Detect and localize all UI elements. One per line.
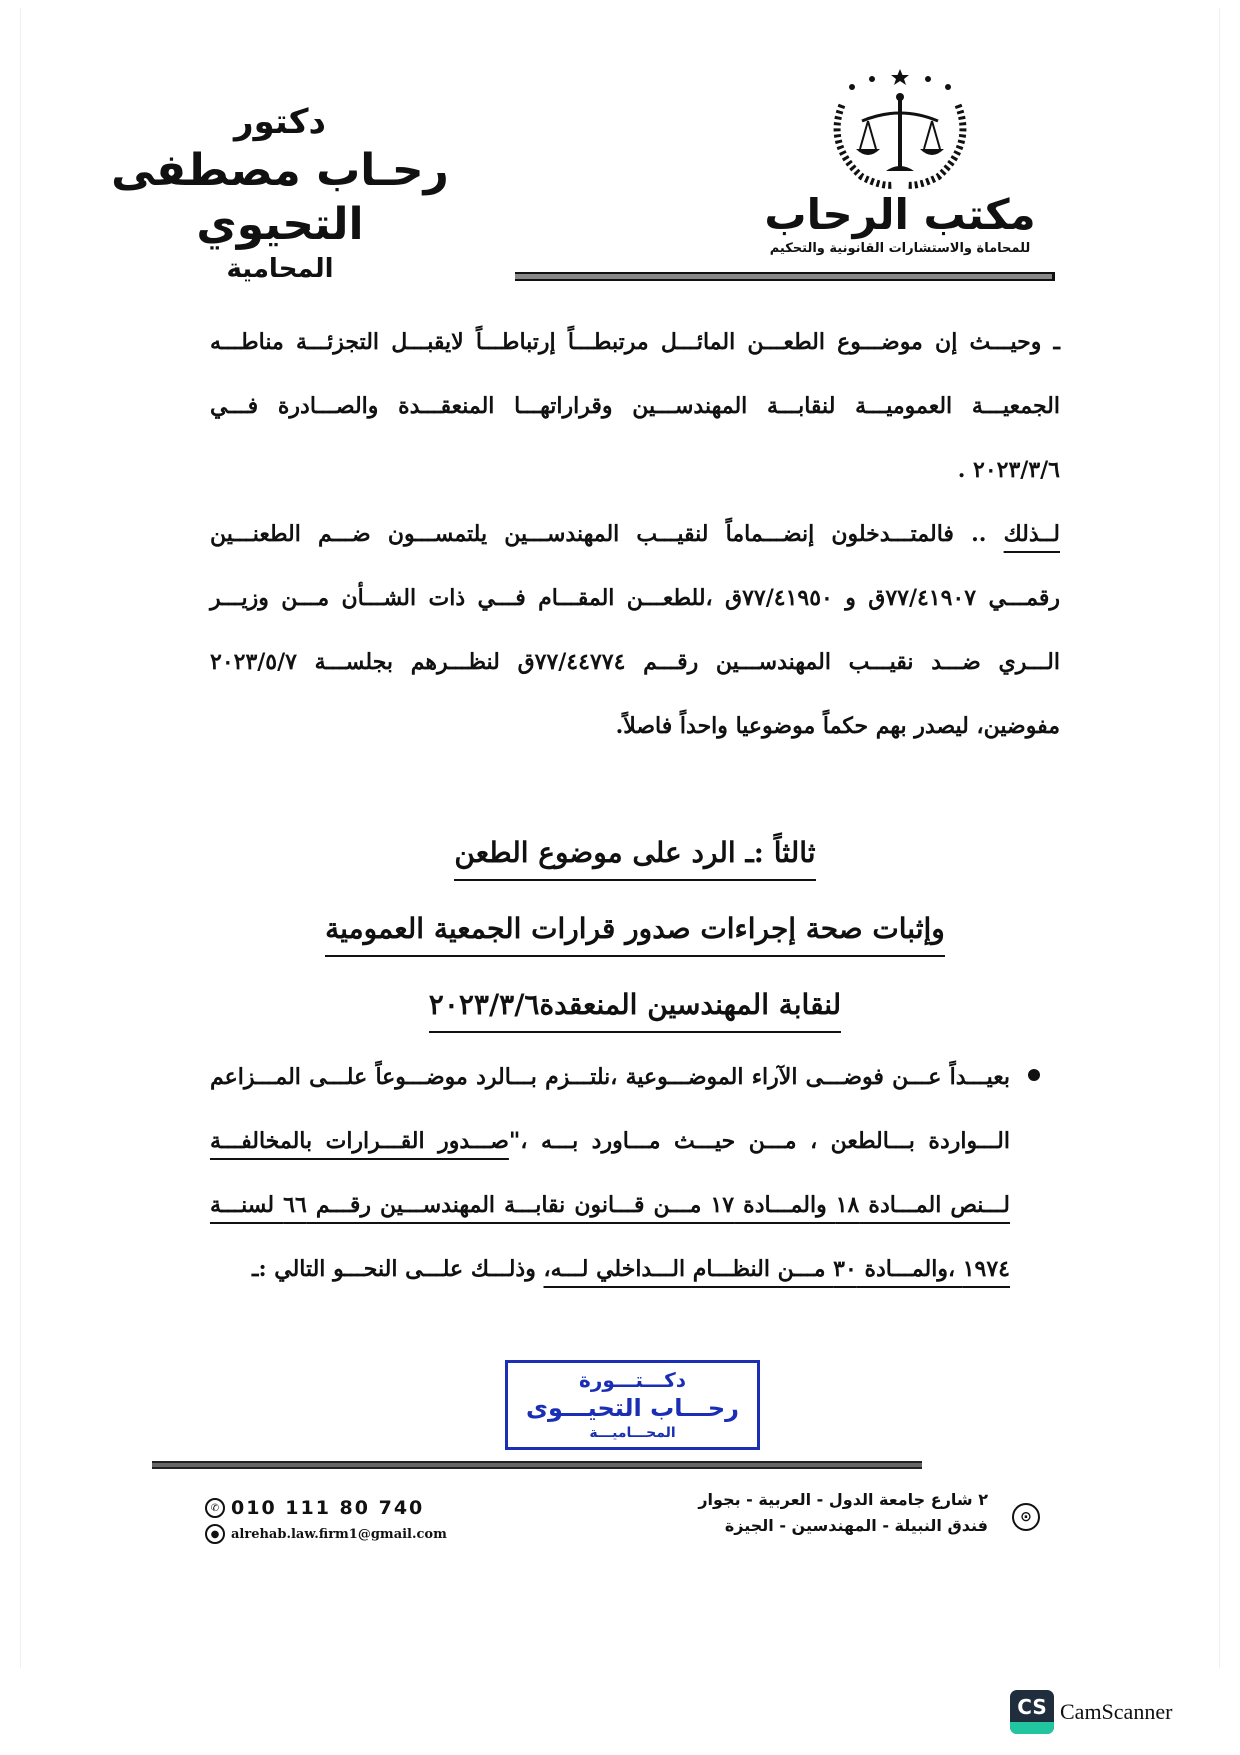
paragraph-2-lead: لــذلك (1004, 521, 1060, 547)
paragraph-2-text: .. فالمتـــدخلون إنضـــماماً لنقيـــب ال… (210, 521, 1060, 739)
bullet-text-3: وذلـــك علـــى النحـــو التالي :ـ (252, 1256, 544, 1282)
email-address: alrehab.law.firm1@gmail.com (231, 1527, 447, 1542)
paragraph-1: ـ وحيـــث إن موضـــوع الطعـــن المائـــل… (210, 310, 1060, 502)
camscanner-label: CamScanner (1060, 1699, 1172, 1725)
phone-number: 010 111 80 740 (231, 1497, 424, 1519)
bullet-icon (1028, 1069, 1040, 1081)
doctor-role: المحامية (90, 252, 470, 286)
office-subtitle: للمحاماة والاستشارات القانونية والتحكيم (750, 240, 1050, 258)
doctor-name: رحـاب مصطفى التحيوي (90, 144, 470, 252)
header-divider (515, 272, 1055, 281)
location-icon: ⊙ (1012, 1503, 1040, 1531)
scales-of-justice-wreath-icon (812, 65, 988, 195)
bullet-paragraph: بعيـــداً عـــن فوضـــى الآراء الموضـــو… (210, 1045, 1010, 1301)
heading-line-1: ثالثاً :ـ الرد على موضوع الطعن (454, 836, 815, 881)
stamp-line-2: رحـــاب التحيـــوى (508, 1393, 757, 1423)
section-three-heading: ثالثاً :ـ الرد على موضوع الطعن وإثبات صح… (210, 815, 1060, 1043)
lawyer-stamp: دكـــتـــورة رحـــاب التحيـــوى المحـــا… (505, 1360, 760, 1450)
doctor-title: دكتور (90, 100, 470, 144)
stamp-line-3: المحـــاميـــة (508, 1423, 757, 1443)
stamp-line-1: دكـــتـــورة (508, 1367, 757, 1393)
camscanner-watermark: CS CamScanner (1010, 1690, 1172, 1734)
camscanner-logo-icon: CS (1010, 1690, 1054, 1734)
heading-line-3: لنقابة المهندسين المنعقدة٢٠٢٣/٣/٦ (429, 988, 841, 1033)
address-line-2: فندق النبيلة - المهندسين - الجيزة (698, 1513, 988, 1539)
document-page: دكتور رحـاب مصطفى التحيوي المحامية (0, 0, 1240, 1755)
email-icon: ● (205, 1524, 225, 1544)
letterhead-office-logo: مكتب الرحاب للمحاماة والاستشارات القانون… (750, 60, 1050, 260)
body-text: ـ وحيـــث إن موضـــوع الطعـــن المائـــل… (210, 310, 1060, 758)
address-line-1: ٢ شارع جامعة الدول - العربية - بجوار (698, 1487, 988, 1513)
heading-line-2: وإثبات صحة إجراءات صدور قرارات الجمعية ا… (325, 912, 945, 957)
footer-divider (152, 1461, 922, 1469)
footer-contact: ✆ 010 111 80 740 ● alrehab.law.firm1@gma… (205, 1495, 505, 1547)
phone-icon: ✆ (205, 1498, 225, 1518)
paragraph-2: لــذلك .. فالمتـــدخلون إنضـــماماً لنقي… (210, 502, 1060, 758)
letterhead-doctor: دكتور رحـاب مصطفى التحيوي المحامية (90, 100, 470, 286)
office-name: مكتب الرحاب (750, 190, 1050, 240)
